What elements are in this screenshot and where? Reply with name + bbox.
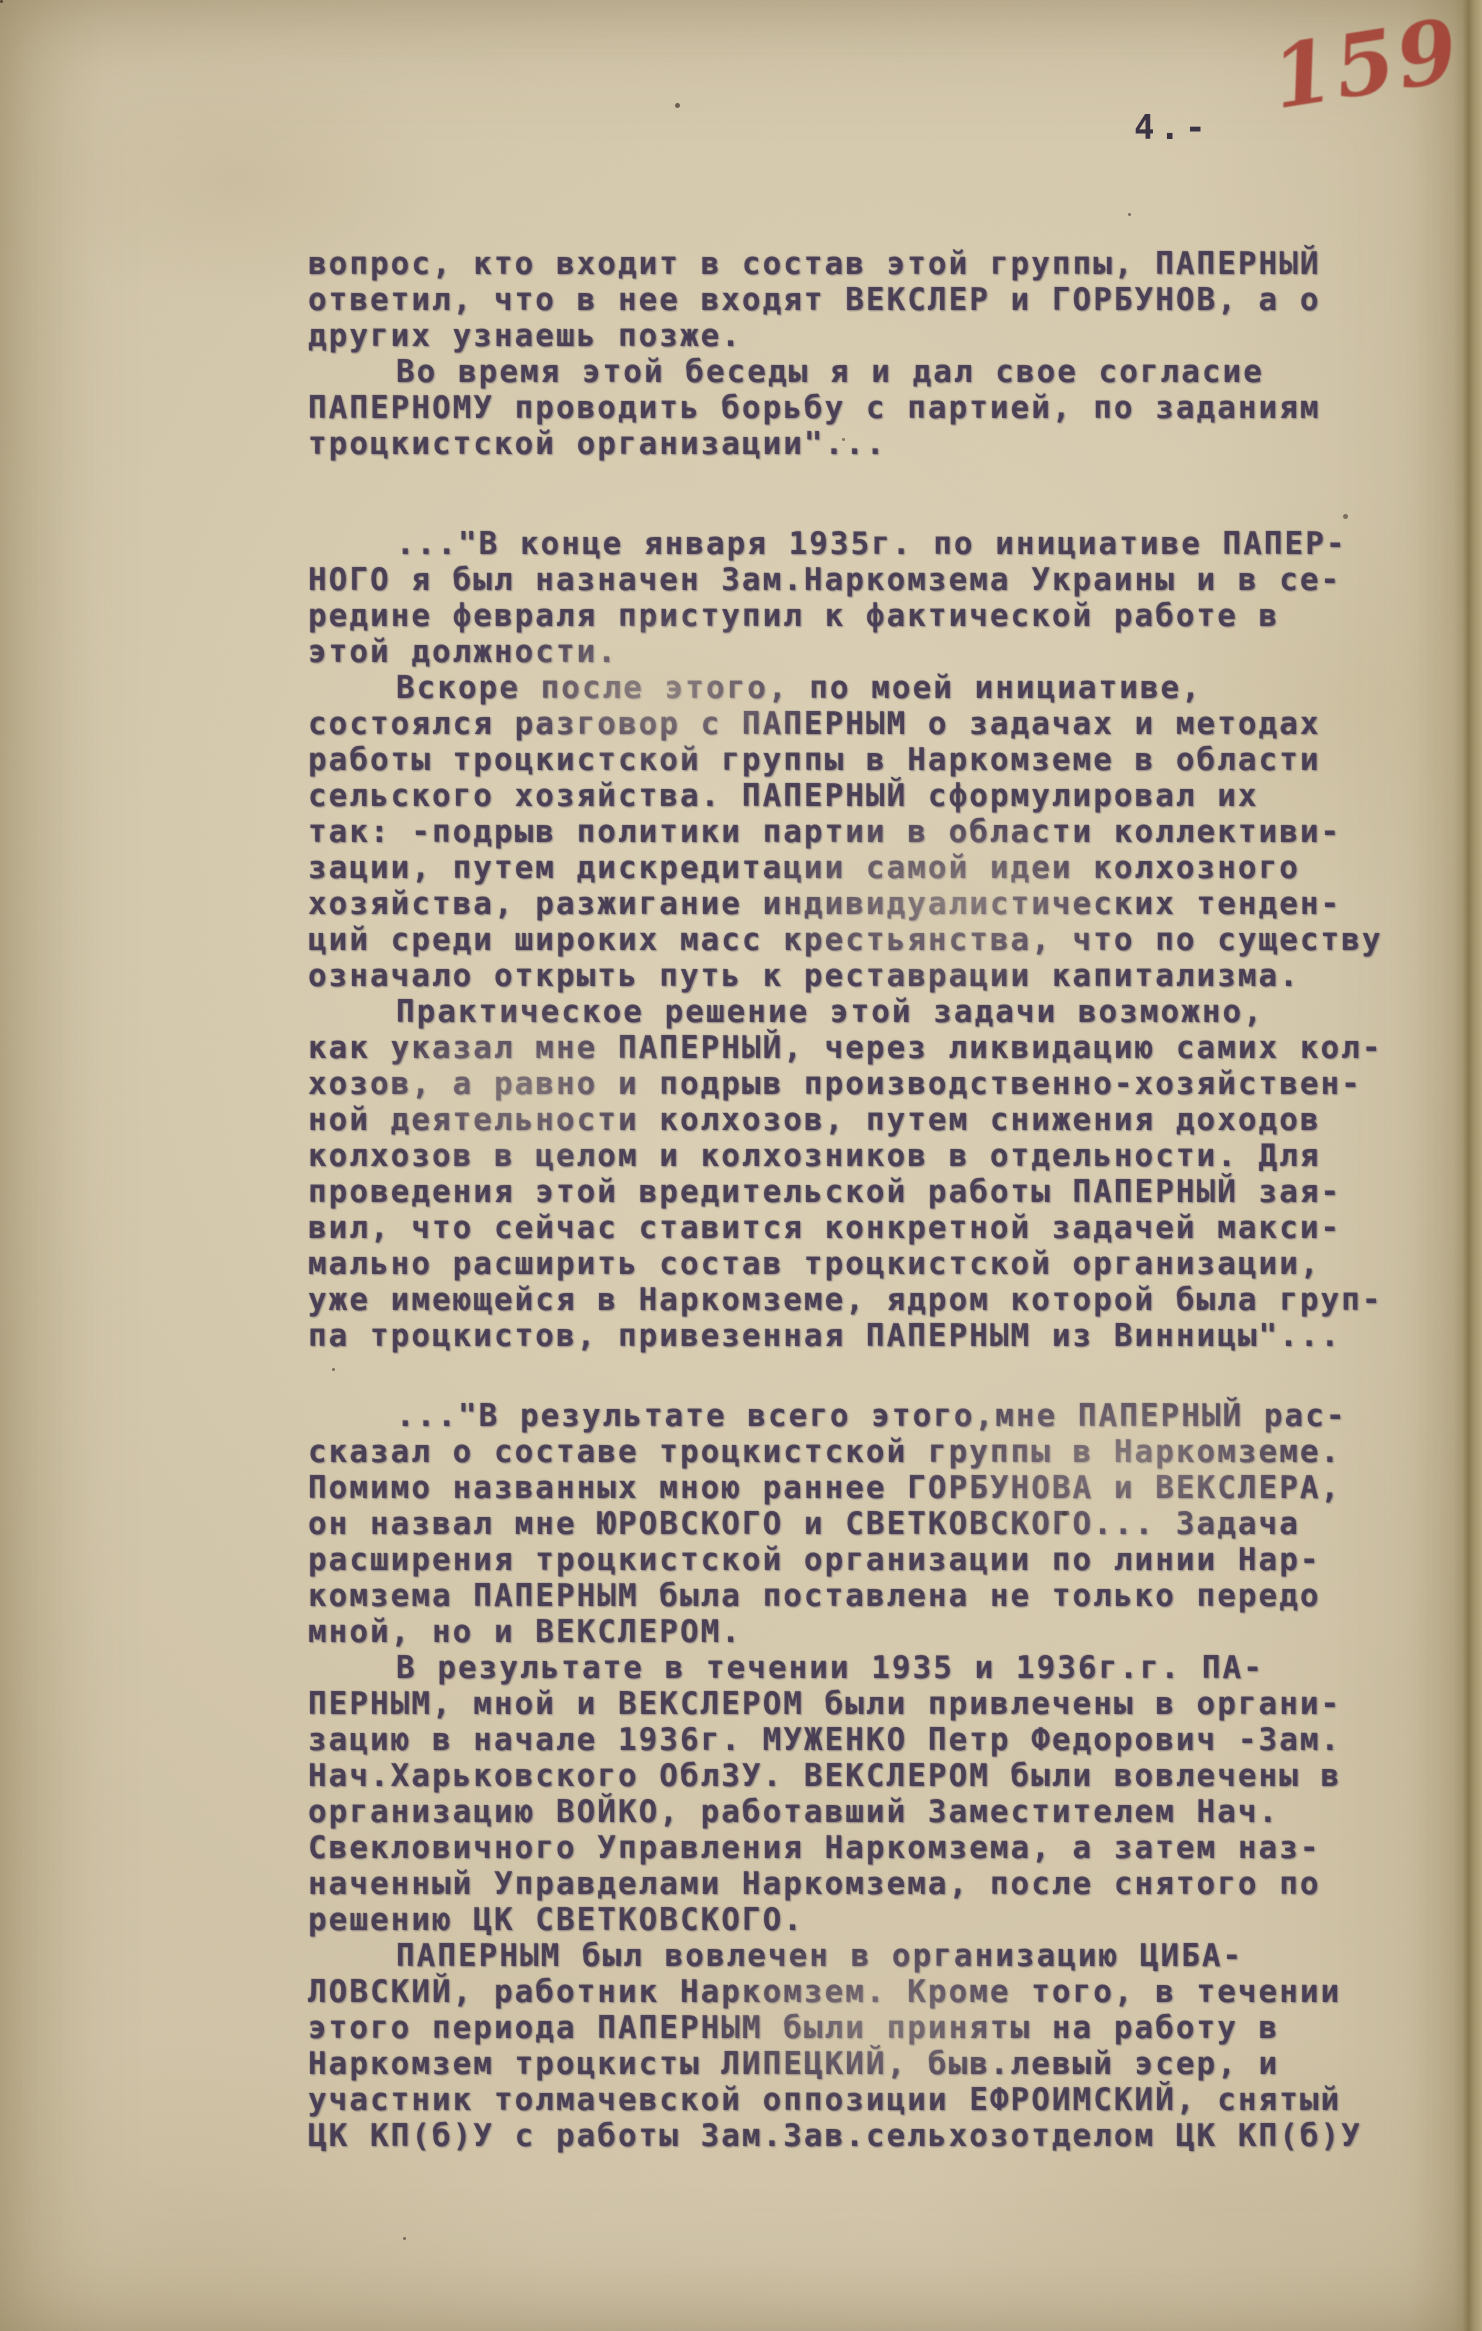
typewritten-text-block: вопрос, кто входит в состав этой группы,…: [308, 246, 1426, 2154]
text-line: хозяйства, разжигание индивидуалистическ…: [308, 886, 1426, 922]
paragraph: Вскоре после этого, по моей инициативе,с…: [308, 670, 1426, 994]
text-line: ПЕРНЫМ, мной и ВЕКСЛЕРОМ были привлечены…: [308, 1686, 1426, 1722]
text-line: Нач.Харьковского ОблЗУ. ВЕКСЛЕРОМ были в…: [308, 1758, 1426, 1794]
paragraph: В результате в течении 1935 и 1936г.г. П…: [308, 1650, 1426, 1938]
text-line: ЦК КП(б)У с работы Зам.Зав.сельхозотдело…: [308, 2118, 1426, 2154]
scanned-document-page: 159 4.- вопрос, кто входит в состав этой…: [0, 0, 1482, 2331]
text-line: ответил, что в нее входят ВЕКСЛЕР и ГОРБ…: [308, 282, 1426, 318]
typed-page-number: 4.-: [1134, 108, 1210, 148]
text-line: сельского хозяйства. ПАПЕРНЫЙ сформулиро…: [308, 778, 1426, 814]
paragraph: вопрос, кто входит в состав этой группы,…: [308, 246, 1426, 354]
text-line: троцкистской организации"...: [308, 426, 1426, 462]
text-line: других узнаешь позже.: [308, 318, 1426, 354]
paper-specks: [0, 0, 3, 3]
text-line: ..."В результате всего этого,мне ПАПЕРНЫ…: [308, 1398, 1426, 1434]
paragraph: ..."В конце января 1935г. по инициативе …: [308, 526, 1426, 670]
text-line: ПАПЕРНОМУ проводить борьбу с партией, по…: [308, 390, 1426, 426]
text-line: состоялся разговор с ПАПЕРНЫМ о задачах …: [308, 706, 1426, 742]
text-line: Вскоре после этого, по моей инициативе,: [308, 670, 1426, 706]
text-line: так: -подрыв политики партии в области к…: [308, 814, 1426, 850]
text-line: Свекловичного Управления Наркомзема, а з…: [308, 1830, 1426, 1866]
text-line: сказал о составе троцкистской группы в Н…: [308, 1434, 1426, 1470]
text-line: па троцкистов, привезенная ПАПЕРНЫМ из В…: [308, 1318, 1426, 1354]
text-line: как указал мне ПАПЕРНЫЙ, через ликвидаци…: [308, 1030, 1426, 1066]
text-line: редине февраля приступил к фактической р…: [308, 598, 1426, 634]
text-line: уже имеющейся в Наркомземе, ядром которо…: [308, 1282, 1426, 1318]
text-line: этого периода ПАПЕРНЫМ были приняты на р…: [308, 2010, 1426, 2046]
text-line: работы троцкистской группы в Наркомземе …: [308, 742, 1426, 778]
page-edge-shadow: [1454, 0, 1482, 2331]
text-line: наченный Управделами Наркомзема, после с…: [308, 1866, 1426, 1902]
text-line: вил, что сейчас ставится конкретной зада…: [308, 1210, 1426, 1246]
paragraph: Практическое решение этой задачи возможн…: [308, 994, 1426, 1354]
text-line: проведения этой вредительской работы ПАП…: [308, 1174, 1426, 1210]
text-line: Наркомзем троцкисты ЛИПЕЦКИЙ, быв.левый …: [308, 2046, 1426, 2082]
text-line: вопрос, кто входит в состав этой группы,…: [308, 246, 1426, 282]
text-line: означало открыть путь к реставрации капи…: [308, 958, 1426, 994]
paragraph: Во время этой беседы я и дал свое соглас…: [308, 354, 1426, 462]
text-line: решению ЦК СВЕТКОВСКОГО.: [308, 1902, 1426, 1938]
paragraph: ПАПЕРНЫМ был вовлечен в организацию ЦИБА…: [308, 1938, 1426, 2154]
text-line: колхозов в целом и колхозников в отдельн…: [308, 1138, 1426, 1174]
text-line: участник толмачевской оппозиции ЕФРОИМСК…: [308, 2082, 1426, 2118]
paragraph: ..."В результате всего этого,мне ПАПЕРНЫ…: [308, 1398, 1426, 1650]
text-line: ций среди широких масс крестьянства, что…: [308, 922, 1426, 958]
text-line: ной деятельности колхозов, путем снижени…: [308, 1102, 1426, 1138]
handwritten-folio-number: 159: [1265, 0, 1467, 129]
text-line: организацию ВОЙКО, работавший Заместител…: [308, 1794, 1426, 1830]
text-line: мально расширить состав троцкистской орг…: [308, 1246, 1426, 1282]
text-line: мной, но и ВЕКСЛЕРОМ.: [308, 1614, 1426, 1650]
text-line: он назвал мне ЮРОВСКОГО и СВЕТКОВСКОГО..…: [308, 1506, 1426, 1542]
text-line: Во время этой беседы я и дал свое соглас…: [308, 354, 1426, 390]
text-line: зацию в начале 1936г. МУЖЕНКО Петр Федор…: [308, 1722, 1426, 1758]
text-line: ПАПЕРНЫМ был вовлечен в организацию ЦИБА…: [308, 1938, 1426, 1974]
text-line: хозов, а равно и подрыв производственно-…: [308, 1066, 1426, 1102]
text-line: В результате в течении 1935 и 1936г.г. П…: [308, 1650, 1426, 1686]
text-line: этой должности.: [308, 634, 1426, 670]
text-line: Помимо названных мною раннее ГОРБУНОВА и…: [308, 1470, 1426, 1506]
text-line: ЛОВСКИЙ, работник Наркомзем. Кроме того,…: [308, 1974, 1426, 2010]
text-line: расширения троцкистской организации по л…: [308, 1542, 1426, 1578]
text-line: ..."В конце января 1935г. по инициативе …: [308, 526, 1426, 562]
text-line: Практическое решение этой задачи возможн…: [308, 994, 1426, 1030]
text-line: зации, путем дискредитации самой идеи ко…: [308, 850, 1426, 886]
text-line: комзема ПАПЕРНЫМ была поставлена не толь…: [308, 1578, 1426, 1614]
text-line: НОГО я был назначен Зам.Наркомзема Украи…: [308, 562, 1426, 598]
